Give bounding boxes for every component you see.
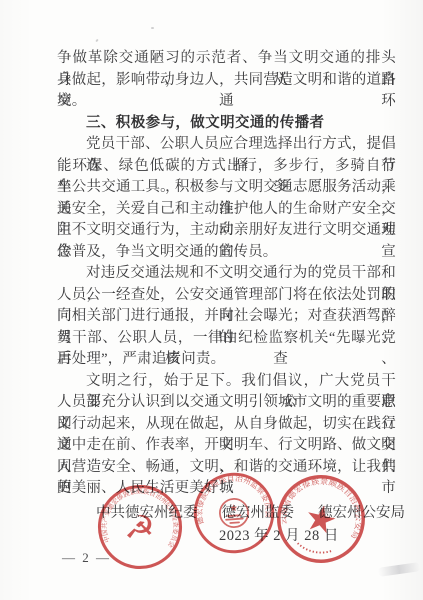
body-line: 通安全，关爱自己和主动维护他人的生命财产安全，主动劝: [57, 199, 396, 221]
document-page: 争做革除交通陋习的示范者、争当文明交通的排头兵，从自身做起，影响带动身边人，共同…: [0, 0, 423, 600]
signature-org: 德宏州公安局: [318, 504, 405, 522]
body-line: 坐公共交通工具。积极参与文明交通志愿服务活动，关注交: [57, 177, 396, 199]
body-line: 能环保、绿色低碳的方式出行，多步行，多骑自行车，多乘: [57, 156, 396, 178]
seal-serial-marks: [297, 543, 332, 555]
body-line: 即行动起来，从现在做起，从自身做起，切实在践行文明交: [57, 414, 396, 436]
scan-speck: [95, 39, 98, 43]
scan-smudge: [378, 562, 421, 577]
body-line: 向相关部门进行通报，并向社会曝光；对查获酒驾醉驾的党: [57, 306, 396, 328]
document-body: 争做革除交通陋习的示范者、争当文明交通的排头兵，从自身做起，影响带动身边人，共同…: [57, 48, 396, 500]
scan-speck: [151, 27, 154, 29]
body-line: 对违反交通法规和不文明交通行为的党员干部和公职: [57, 263, 396, 285]
body-line: 身做起，影响带动身边人，共同营造文明和谐的道路交通环: [57, 70, 396, 92]
document-date: 2023 年 2 月 28 日: [219, 527, 339, 545]
body-line: 通中走在前、作表率，开文明车、行文明路、做文明人，共: [57, 435, 396, 457]
body-line: 争做革除交通陋习的示范者、争当文明交通的排头兵，从自: [57, 48, 396, 70]
body-line: 文明之行，始于足下。我们倡议，广大党员干部、公职: [57, 371, 396, 393]
signature-org: 德宏州监委: [222, 504, 295, 522]
page-number: — 2 —: [62, 550, 111, 566]
signature-row: 中共德宏州纪委 德宏州监委 德宏州公安局: [96, 504, 405, 522]
body-line: 阻不文明交通行为，主动向亲朋好友进行文明交通理念的宣: [57, 220, 396, 242]
body-line: 人员要充分认识到以交通文明引领城市文明的重要意义，立: [57, 392, 396, 414]
section-heading: 三、积极参与，做文明交通的传播者: [57, 113, 396, 135]
body-line: 人员，一经查处，公安交通管理部门将在依法处罚的同时，: [57, 285, 396, 307]
body-line: 员干部、公职人员，一律由纪检监察机关“先曝光、后核查、: [57, 328, 396, 350]
body-line: 同营造安全、畅通，文明、和谐的交通环境，让我们的城市: [57, 457, 396, 479]
body-line: 党员干部、公职人员应合理选择出行方式，提倡选择节: [57, 134, 396, 156]
signature-org: 中共德宏州纪委: [96, 504, 198, 522]
